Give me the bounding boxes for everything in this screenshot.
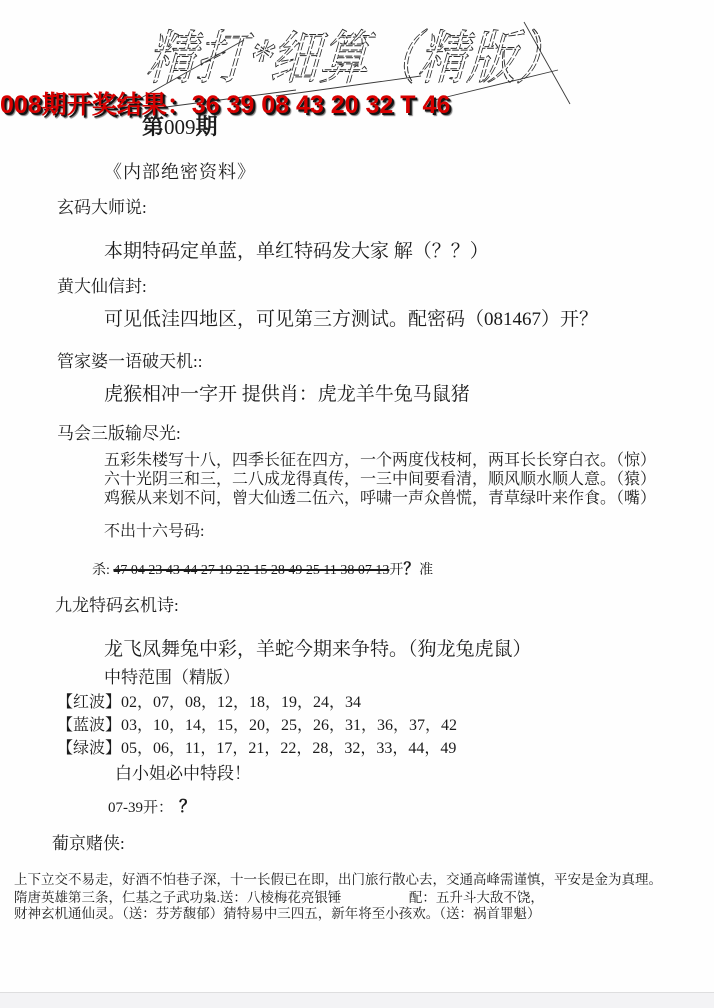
section-label-pujing: 葡京赌侠:	[52, 829, 125, 854]
section-label-mahui: 马会三版输尽光:	[57, 419, 181, 444]
segment-question: ？	[179, 797, 196, 816]
section-label-jiulong: 九龙特码玄机诗:	[55, 591, 179, 616]
section-content-jiulong: 龙飞凤舞兔中彩，羊蛇今期来争特。（狗龙兔虎鼠）	[104, 634, 532, 661]
previous-result-banner: 008期开奖结果：36 39 08 43 20 32 T 46	[0, 85, 450, 121]
issue-value: 009	[164, 115, 196, 139]
issue-prefix: 第	[142, 114, 164, 139]
wave-green-numbers: 05，06，11，17，21，22，28，32，33，44，49	[121, 740, 456, 757]
pujing-line-3: 财神玄机通仙灵。（送：芬芳馥郁）猜特易中三四五，新年将至小孩欢。（送：祸首罪魁）	[14, 902, 541, 922]
range-title: 中特范围（精版）	[104, 663, 240, 688]
section-label-guanjiapo: 管家婆一语破天机::	[57, 347, 202, 372]
kill-accurate: 准	[419, 563, 433, 578]
tip-sheet-page: 精打*细算（精版） 008期开奖结果：36 39 08 43 20 32 T 4…	[0, 0, 714, 1008]
wave-blue-label: 【蓝波】	[57, 717, 121, 734]
kill-open: 开	[389, 563, 403, 578]
section-content-guanjiapo: 虎猴相冲一字开 提供肖：虎龙羊牛兔马鼠猪	[104, 379, 470, 406]
wave-blue-numbers: 03，10，14，15，20，25，26，31，36，37，42	[121, 717, 457, 734]
poem-line-2: 六十光阴三和三，二八成龙得真传，一三中间要看清，顺风顺水顺人意。（猿）	[104, 470, 656, 490]
wave-green-label: 【绿波】	[57, 740, 121, 757]
issue-suffix: 期	[196, 114, 218, 139]
wave-row-blue: 【蓝波】03，10，14，15，20，25，26，31，36，37，42	[57, 712, 457, 735]
poem-line-3: 鸡猴从来划不问，曾大仙透二伍六，呼啸一声众兽慌，青草绿叶来作食。（嘴）	[104, 489, 656, 509]
section-content-huangdaxian: 可见低洼四地区，可见第三方测试。配密码（081467）开？	[104, 304, 598, 331]
kill-numbers: 47 04 23 43 44 27 19 22 15 28 49 25 11 3…	[113, 563, 389, 578]
poem-line-1: 五彩朱楼写十八，四季长征在四方，一个两度伐枝柯，两耳长长穿白衣。（惊）	[104, 451, 656, 471]
wave-row-red: 【红波】02，07，08，12，18，19，24，34	[57, 689, 361, 712]
special-segment-line: 07-39开：？	[108, 793, 196, 817]
section-label-xuanma: 玄码大师说:	[57, 193, 147, 218]
kill-prefix: 杀:	[92, 563, 113, 578]
section-label-huangdaxian: 黄大仙信封:	[57, 272, 147, 297]
baixiaojie-line: 白小姐必中特段！	[115, 759, 251, 784]
wave-row-green: 【绿波】05，06，11，17，21，22，28，32，33，44，49	[57, 735, 456, 758]
sixteen-numbers-subtitle: 不出十六号码:	[104, 518, 204, 541]
pujing-line-1: 上下立交不易走，好酒不怕巷子深，十一长假已在即，出门旅行散心去，交通高峰需谨慎，…	[14, 868, 662, 888]
section-content-xuanma: 本期特码定单蓝，单红特码发大家 解（？？）	[104, 236, 489, 263]
secret-material-title: 《内部绝密资料》	[104, 158, 256, 184]
wave-red-label: 【红波】	[57, 694, 121, 711]
issue-number: 第009期	[142, 110, 218, 141]
kill-question: ？	[403, 561, 419, 578]
wave-red-numbers: 02，07，08，12，18，19，24，34	[121, 694, 361, 711]
sketch-title-text: 精打*细算（精版）	[141, 26, 576, 91]
killed-numbers-line: 杀: 47 04 23 43 44 27 19 22 15 28 49 25 1…	[92, 557, 433, 579]
segment-text: 07-39开：	[108, 800, 173, 816]
window-bottom-strip	[0, 992, 714, 1008]
